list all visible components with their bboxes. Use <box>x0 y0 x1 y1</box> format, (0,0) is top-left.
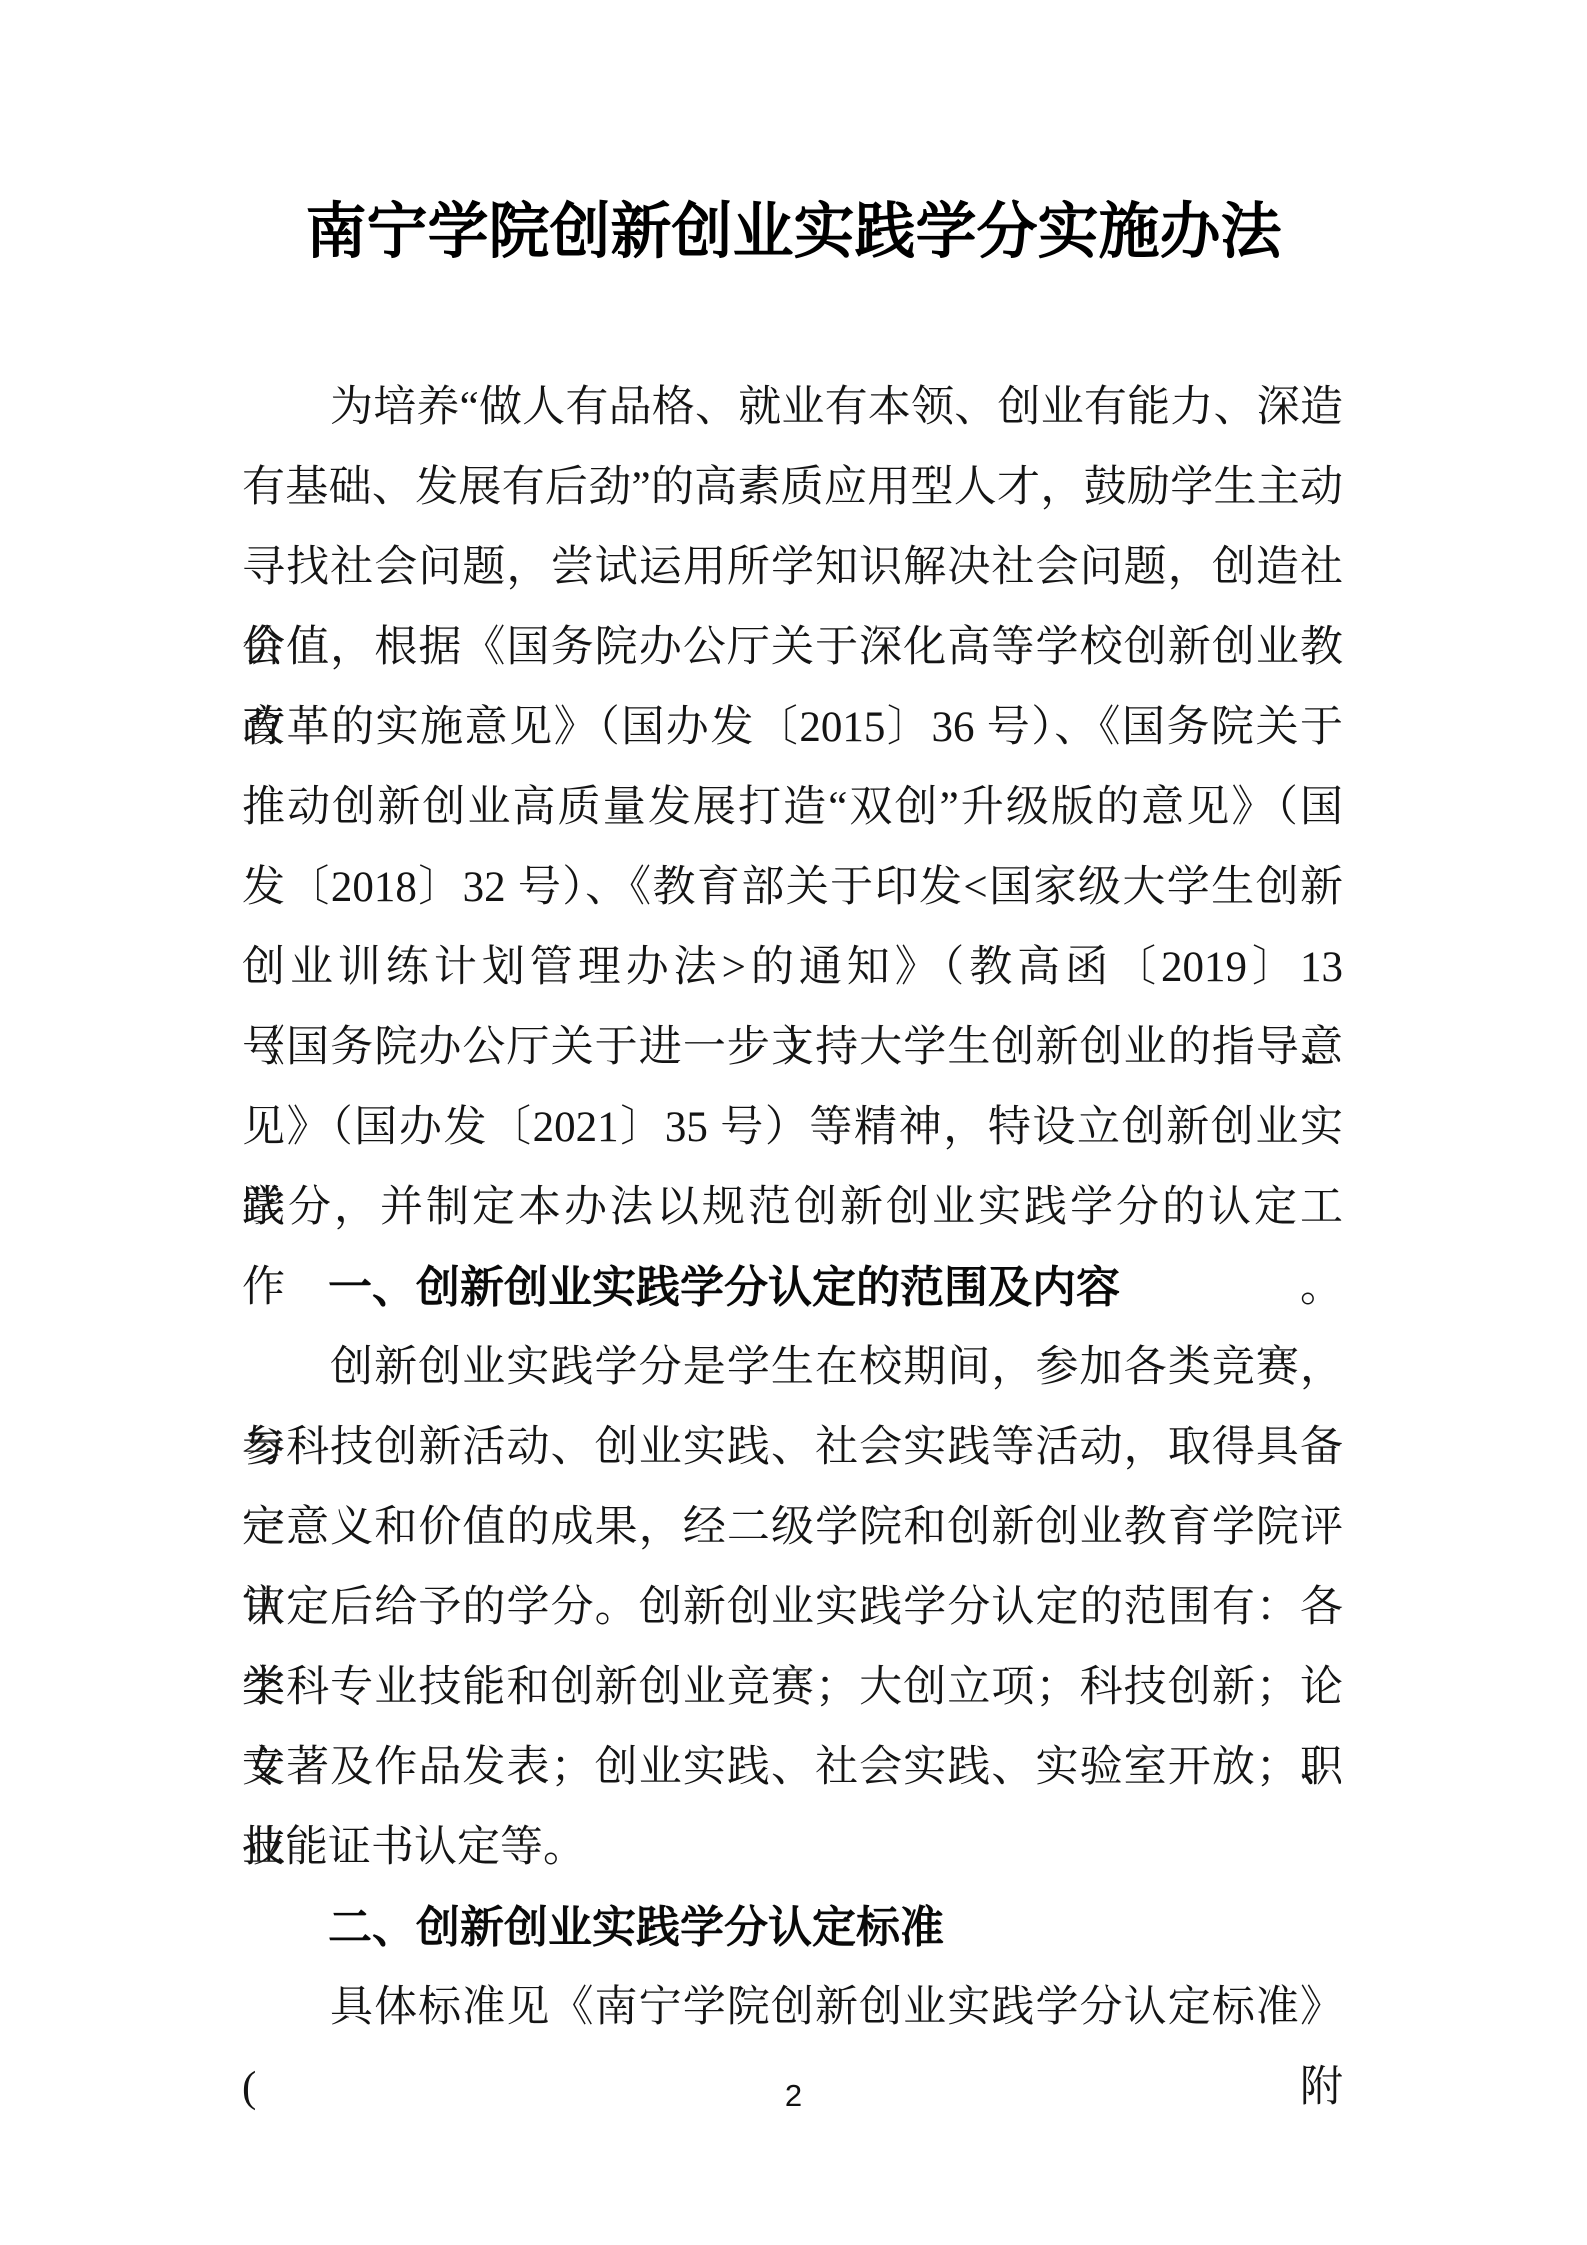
paragraph-line: 价值，根据《国务院办公厅关于深化高等学校创新创业教育 <box>242 608 1343 688</box>
paragraph-standards: 具体标准见《南宁学院创新创业实践学分认定标准》(附 <box>242 1968 1343 2048</box>
paragraph-line: 学科专业技能和创新创业竞赛；大创立项；科技创新；论文、 <box>242 1648 1343 1728</box>
section-heading-1: 一、创新创业实践学分认定的范围及内容 <box>242 1248 1343 1328</box>
document-title: 南宁学院创新创业实践学分实施办法 <box>0 188 1587 278</box>
paragraph-line: 专著及作品发表；创业实践、社会实践、实验室开放；职业 <box>242 1728 1343 1808</box>
paragraph-line: 与科技创新活动、创业实践、社会实践等活动，取得具备一 <box>242 1408 1343 1488</box>
section-heading-2: 二、创新创业实践学分认定标准 <box>242 1888 1343 1968</box>
paragraph-line: 具体标准见《南宁学院创新创业实践学分认定标准》(附 <box>242 1968 1343 2048</box>
paragraph-line: 创新创业实践学分是学生在校期间，参加各类竞赛，参 <box>242 1328 1343 1408</box>
paragraph-intro: 为培养“做人有品格、就业有本领、创业有能力、深造 有基础、发展有后劲”的高素质应… <box>242 368 1343 1248</box>
paragraph-line: 学分，并制定本办法以规范创新创业实践学分的认定工作。 <box>242 1168 1343 1248</box>
document-page: 南宁学院创新创业实践学分实施办法 为培养“做人有品格、就业有本领、创业有能力、深… <box>0 0 1587 2245</box>
paragraph-line: 改革的实施意见》（国办发〔2015〕36 号）、《国务院关于 <box>242 688 1343 768</box>
paragraph-line: 见》（国办发〔2021〕35 号）等精神，特设立创新创业实践 <box>242 1088 1343 1168</box>
paragraph-line: 认定后给予的学分。创新创业实践学分认定的范围有：各类 <box>242 1568 1343 1648</box>
paragraph-line: 发〔2018〕32 号）、《教育部关于印发<国家级大学生创新 <box>242 848 1343 928</box>
paragraph-line: 创业训练计划管理办法>的通知》（教高函〔2019〕13 号）、 <box>242 928 1343 1008</box>
page-number: 2 <box>0 2072 1587 2120</box>
paragraph-scope: 创新创业实践学分是学生在校期间，参加各类竞赛，参 与科技创新活动、创业实践、社会… <box>242 1328 1343 1888</box>
paragraph-line: 技能证书认定等。 <box>242 1808 1343 1888</box>
paragraph-line: 寻找社会问题，尝试运用所学知识解决社会问题，创造社会 <box>242 528 1343 608</box>
paragraph-line: 定意义和价值的成果，经二级学院和创新创业教育学院评审 <box>242 1488 1343 1568</box>
paragraph-line: 推动创新创业高质量发展打造“双创”升级版的意见》（国 <box>242 768 1343 848</box>
paragraph-line: 为培养“做人有品格、就业有本领、创业有能力、深造 <box>242 368 1343 448</box>
paragraph-line: 《国务院办公厅关于进一步支持大学生创新创业的指导意 <box>242 1008 1343 1088</box>
paragraph-line: 有基础、发展有后劲”的高素质应用型人才，鼓励学生主动 <box>242 448 1343 528</box>
